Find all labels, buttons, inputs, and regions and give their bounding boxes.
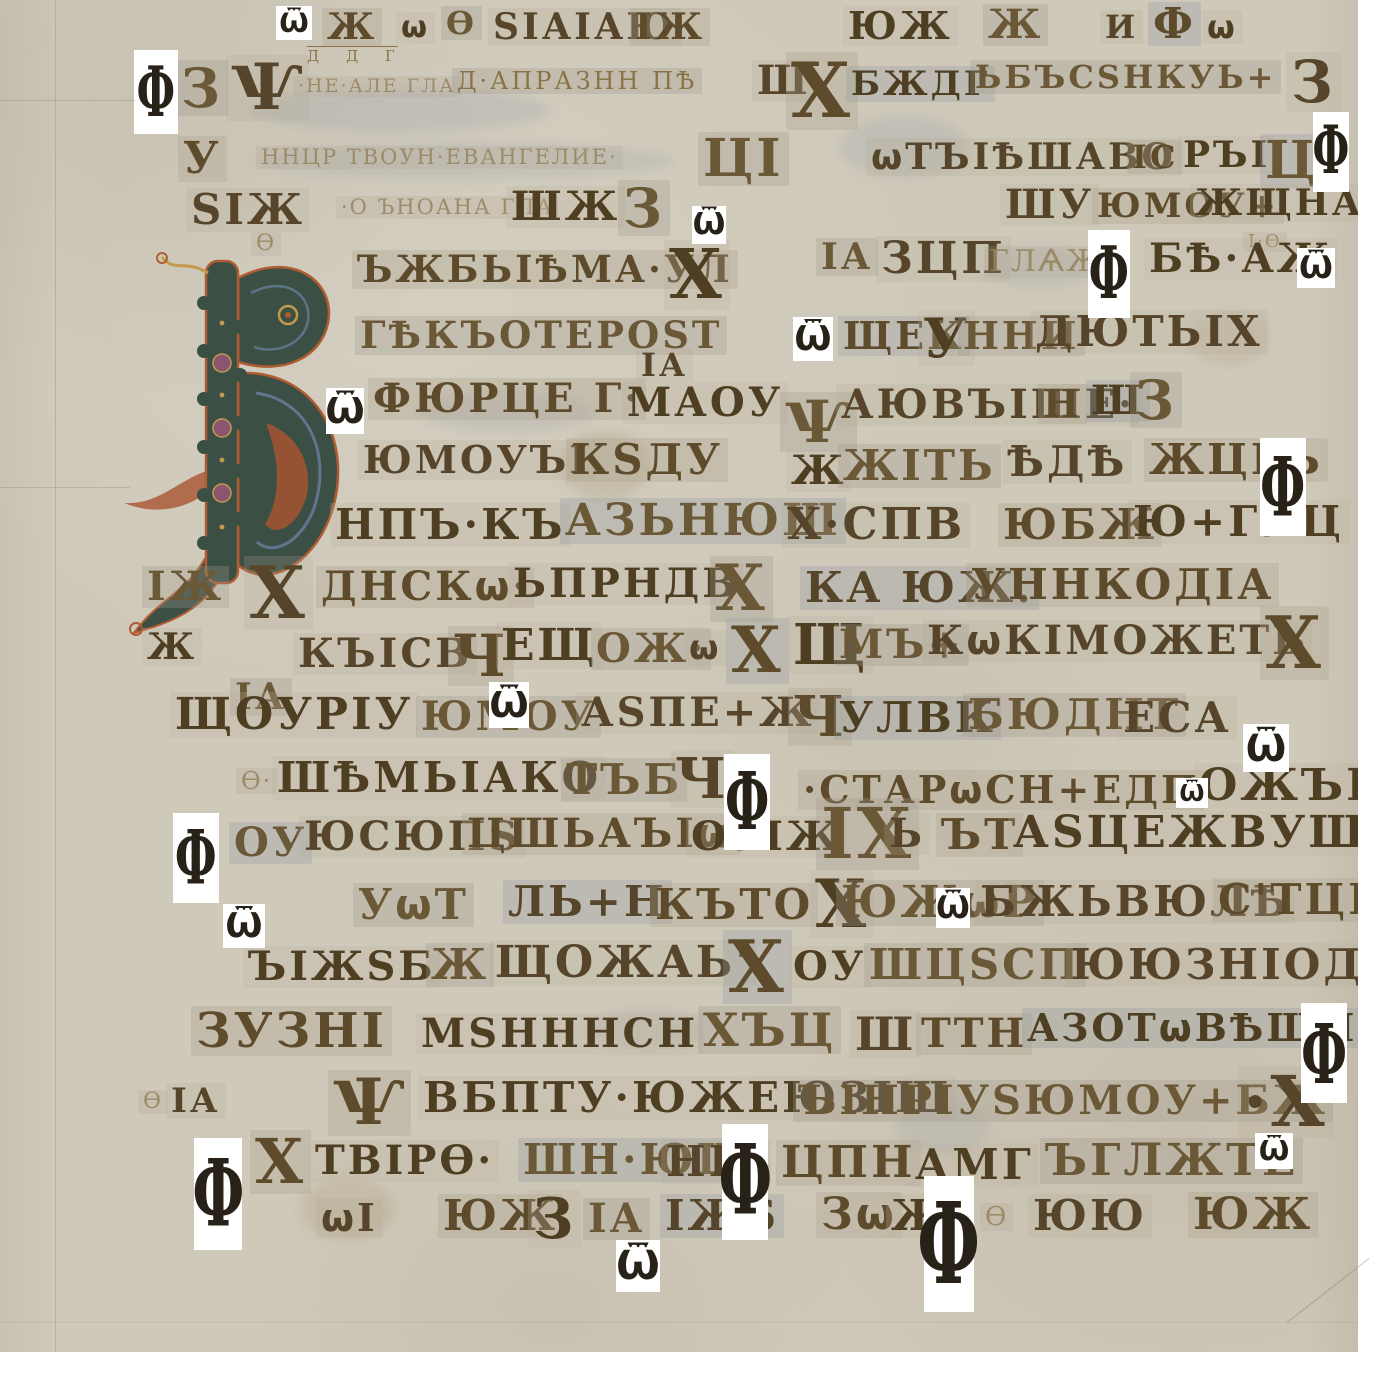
ruling-line-horizontal bbox=[0, 487, 130, 488]
parchment-crease bbox=[1287, 1258, 1370, 1323]
ruling-line-vertical bbox=[55, 0, 56, 1352]
ruling-line-horizontal bbox=[0, 100, 135, 101]
scan-margin-right bbox=[1358, 0, 1376, 1376]
manuscript-page: ЖѡѲSІАІАЮІЖЮЖЖИФѡЗѰД Д Г·НЕ·АЛЕ ГЛАД·АПР… bbox=[0, 0, 1376, 1376]
ruling-line-horizontal bbox=[0, 1322, 1358, 1323]
scan-margin-layer bbox=[0, 0, 1376, 1376]
scan-margin-bottom bbox=[0, 1352, 1376, 1376]
